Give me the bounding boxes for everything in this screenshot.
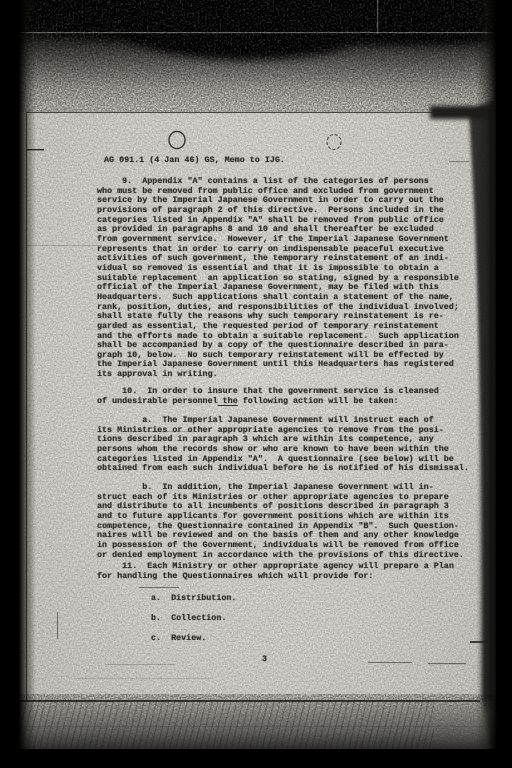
film-edge-right <box>476 0 512 768</box>
list-item-collection: b. Collection. <box>151 614 512 624</box>
list-item-review: c. Review. <box>151 634 512 644</box>
paragraph-10-intro-end: following action will be taken: <box>238 396 399 406</box>
paragraph-10-intro: 10. In order to insure that the governme… <box>97 387 493 406</box>
film-edge-bottom <box>0 749 512 768</box>
list-item-distribution: a. Distribution. <box>151 594 512 604</box>
page-number: 3 <box>262 655 512 665</box>
paragraph-10a: a. The Imperial Japanese Government will… <box>97 416 493 474</box>
document-reference-header: AG 091.1 (4 Jan 46) GS, Memo to IJG. <box>104 156 500 166</box>
film-edge-left <box>0 0 36 768</box>
paragraph-11: 11. Each Ministry or other appropriate a… <box>97 562 493 581</box>
underlined-word: the <box>218 396 238 406</box>
scanned-document-photo: AG 091.1 (4 Jan 46) GS, Memo to IJG. 9. … <box>0 0 512 768</box>
scratch-hatching-bottom <box>14 700 434 752</box>
page-border-line-top <box>26 112 469 113</box>
scan-shadow-top <box>0 0 512 118</box>
paragraph-10b: b. In addition, the Imperial Japanese Go… <box>97 483 493 560</box>
paragraph-9: 9. Appendix "A" contains a list of the c… <box>97 177 493 380</box>
